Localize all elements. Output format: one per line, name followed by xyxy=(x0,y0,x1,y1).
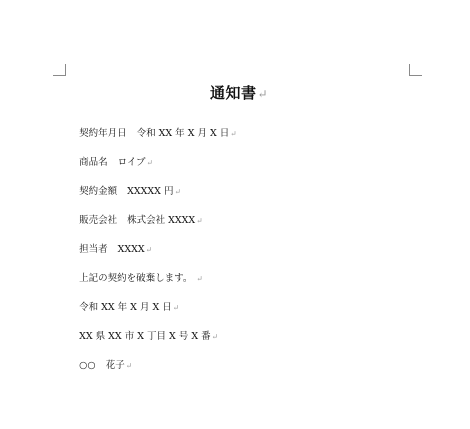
line-text: 令和 XX 年 X 月 X 日 xyxy=(79,302,172,313)
paragraph-mark-icon: ↵ xyxy=(173,303,179,312)
paragraph-mark-icon: ↵ xyxy=(174,187,180,196)
line-value: ロイブ xyxy=(118,157,146,168)
paragraph-mark-icon: ↵ xyxy=(146,245,152,254)
line-value: 花子 xyxy=(106,360,125,371)
crop-mark-top-left xyxy=(53,64,66,76)
line-value: XXXX xyxy=(118,244,145,255)
document-page[interactable]: 通知書↵ 契約年月日令和 XX 年 X 月 X 日↵ 商品名ロイブ↵ 契約金額X… xyxy=(0,0,470,429)
paragraph-mark-icon: ↵ xyxy=(196,216,202,225)
paragraph-mark-icon: ↵ xyxy=(230,129,236,138)
line-value: XXXXX 円 xyxy=(127,186,173,197)
line-value: 株式会社 XXXX xyxy=(127,215,195,226)
crop-mark-top-right xyxy=(409,64,422,76)
sender-name-line[interactable]: ○○花子↵ xyxy=(67,348,132,384)
paragraph-mark-icon: ↵ xyxy=(257,87,268,101)
paragraph-mark-icon: ↵ xyxy=(196,274,202,283)
paragraph-mark-icon: ↵ xyxy=(212,332,218,341)
line-text: 上記の契約を破棄します。 xyxy=(79,273,192,284)
line-label: 契約年月日 xyxy=(79,128,127,139)
line-label: 担当者 xyxy=(79,244,108,255)
line-text: XX 県 XX 市 X 丁目 X 号 X 番 xyxy=(79,331,211,342)
line-label: 販売会社 xyxy=(79,215,117,226)
document-title[interactable]: 通知書↵ xyxy=(0,84,470,103)
line-value: 令和 XX 年 X 月 X 日 xyxy=(137,128,230,139)
paragraph-mark-icon: ↵ xyxy=(147,158,153,167)
line-label: 商品名 xyxy=(79,157,108,168)
line-label: ○○ xyxy=(79,360,96,371)
line-label: 契約金額 xyxy=(79,186,117,197)
paragraph-mark-icon: ↵ xyxy=(126,361,132,370)
title-text: 通知書 xyxy=(210,84,257,102)
